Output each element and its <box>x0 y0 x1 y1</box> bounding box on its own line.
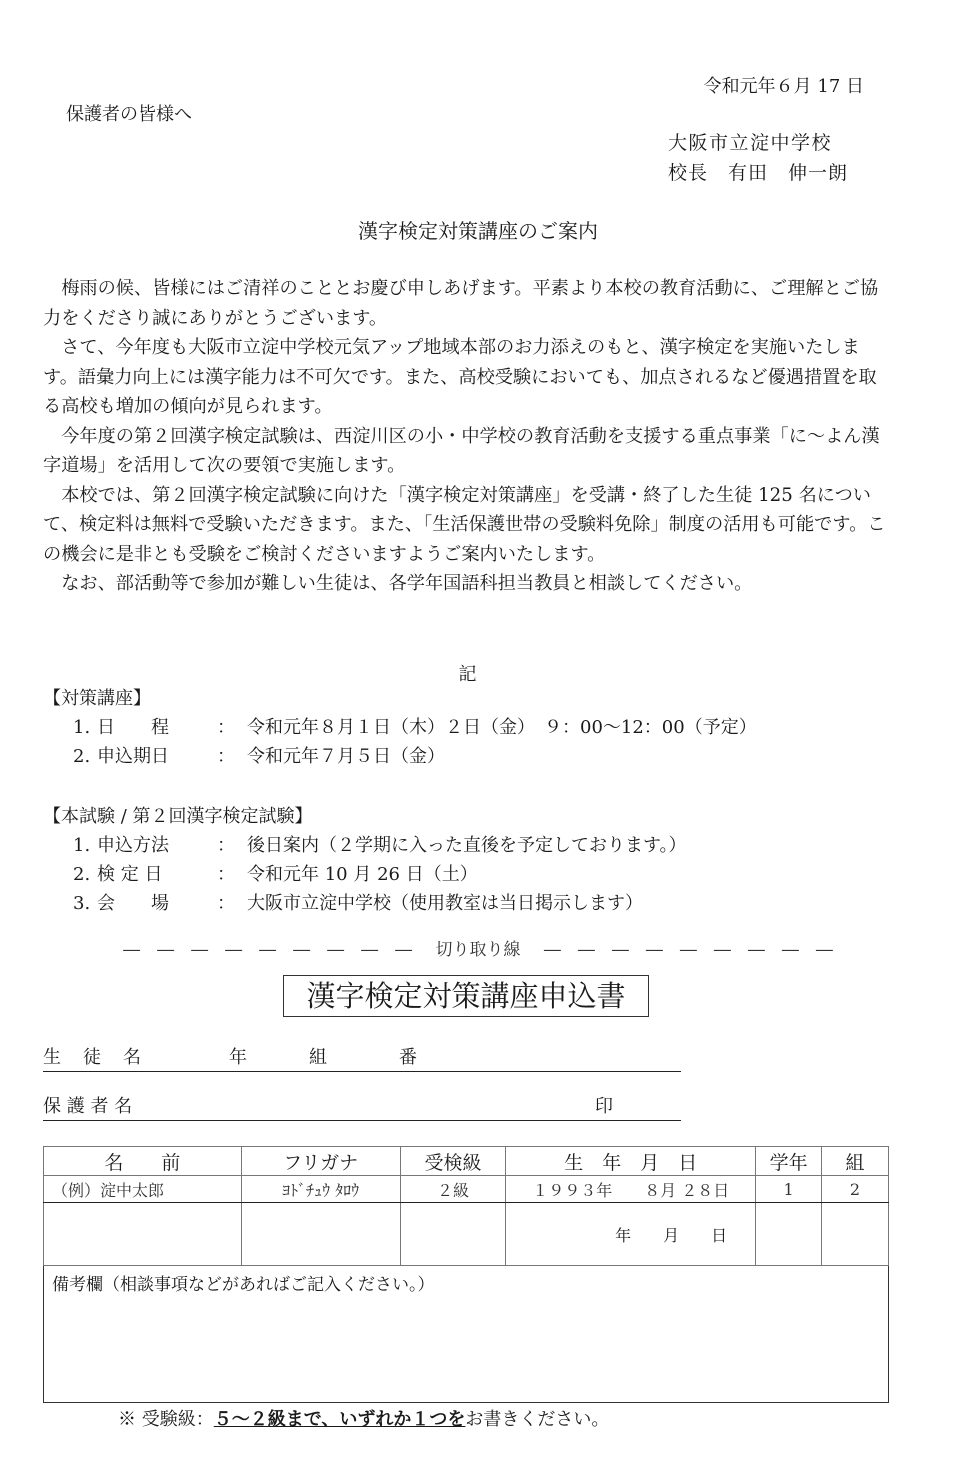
class-label: 組 <box>309 1043 327 1069</box>
table-header-row: 名 前 フリガナ 受検級 生 年 月 日 学年 組 <box>44 1147 889 1176</box>
cut-line: ― ― ― ― ― ― ― ― ― 切り取り線 ― ― ― ― ― ― ― ― … <box>0 935 956 960</box>
section-item: 2. 検 定 日 ： 令和元年 10 月 26 日（土） <box>43 860 687 889</box>
form-title: 漢字検定対策講座申込書 <box>283 975 649 1017</box>
document-date: 令和元年６月 17 日 <box>704 72 864 98</box>
grade-note-emphasis: ５～２級まで、いずれか１つを <box>214 1409 466 1430</box>
section-heading: 【本試験 / 第２回漢字検定試験】 <box>43 802 687 831</box>
header-birthdate: 生 年 月 日 <box>506 1147 756 1176</box>
class-input-cell[interactable] <box>822 1203 889 1266</box>
year-label: 年 <box>229 1043 247 1069</box>
remarks-field[interactable]: 備考欄（相談事項などがあればご記入ください。） <box>44 1266 889 1403</box>
section-main-exam: 【本試験 / 第２回漢字検定試験】 1. 申込方法 ： 後日案内（２学期に入った… <box>43 802 687 918</box>
grade-note: ※ 受験級：５～２級まで、いずれか１つをお書きください。 <box>118 1405 609 1431</box>
table-row-entry: 年 月 日 <box>44 1203 889 1266</box>
dashes-left: ― ― ― ― ― ― ― ― ― <box>123 940 412 960</box>
header-grade-level: 受検級 <box>400 1147 506 1176</box>
table-row-example: （例）淀中太郎 ﾖﾄﾞﾁｭｳ ﾀﾛｳ ２級 １９９３年 ８月 ２８日 1 2 <box>44 1176 889 1203</box>
application-table: 名 前 フリガナ 受検級 生 年 月 日 学年 組 （例）淀中太郎 ﾖﾄﾞﾁｭｳ… <box>43 1146 889 1403</box>
body-text: 梅雨の候、皆様にはご清祥のこととお慶び申しあげます。平素より本校の教育活動に、ご… <box>43 274 893 599</box>
paragraph: 本校では、第２回漢字検定試験に向けた「漢字検定対策講座」を受講・終了した生徒 1… <box>43 481 893 570</box>
header-class: 組 <box>822 1147 889 1176</box>
paragraph: 今年度の第２回漢字検定試験は、西淀川区の小・中学校の教育活動を支援する重点事業「… <box>43 422 893 481</box>
student-name-label: 生 徒 名 <box>43 1043 143 1069</box>
principal-name: 校長 有田 伸一朗 <box>668 158 848 185</box>
school-name: 大阪市立淀中学校 <box>668 128 832 155</box>
header-school-year: 学年 <box>756 1147 822 1176</box>
furigana-input-cell[interactable] <box>241 1203 400 1266</box>
dashes-right: ― ― ― ― ― ― ― ― ― <box>544 940 833 960</box>
paragraph: なお、部活動等で参加が難しい生徒は、各学年国語科担当教員と相談してください。 <box>43 569 893 599</box>
guardian-name-label: 保 護 者 名 <box>43 1092 132 1118</box>
section-item: 1. 申込方法 ： 後日案内（２学期に入った直後を予定しております。） <box>43 831 687 860</box>
paragraph: 梅雨の候、皆様にはご清祥のこととお慶び申しあげます。平素より本校の教育活動に、ご… <box>43 274 893 333</box>
ki-marker: 記 <box>0 660 935 686</box>
section-heading: 【対策講座】 <box>43 684 757 713</box>
guardian-name-field[interactable]: 保 護 者 名 印 <box>43 1092 681 1121</box>
section-item: 1. 日 程 ： 令和元年８月１日（木）２日（金） ９：00～12：00（予定） <box>43 713 757 742</box>
name-input-cell[interactable] <box>44 1203 242 1266</box>
paragraph: さて、今年度も大阪市立淀中学校元気アップ地域本部のお力添えのもと、漢字検定を実施… <box>43 333 893 422</box>
addressee: 保護者の皆様へ <box>66 100 192 126</box>
cut-line-label: 切り取り線 <box>436 940 521 960</box>
remarks-row: 備考欄（相談事項などがあればご記入ください。） <box>44 1266 889 1403</box>
header-name: 名 前 <box>44 1147 242 1176</box>
number-label: 番 <box>399 1043 417 1069</box>
section-item: 2. 申込期日 ： 令和元年７月５日（金） <box>43 742 757 771</box>
grade-level-input-cell[interactable] <box>400 1203 506 1266</box>
student-name-field[interactable]: 生 徒 名 年 組 番 <box>43 1043 681 1072</box>
birthdate-input-cell[interactable]: 年 月 日 <box>506 1203 756 1266</box>
seal-label: 印 <box>595 1092 613 1118</box>
header-furigana: フリガナ <box>241 1147 400 1176</box>
document-title: 漢字検定対策講座のご案内 <box>0 215 956 244</box>
school-year-input-cell[interactable] <box>756 1203 822 1266</box>
section-item: 3. 会 場 ： 大阪市立淀中学校（使用教室は当日掲示します） <box>43 889 687 918</box>
section-prep-course: 【対策講座】 1. 日 程 ： 令和元年８月１日（木）２日（金） ９：00～12… <box>43 684 757 771</box>
